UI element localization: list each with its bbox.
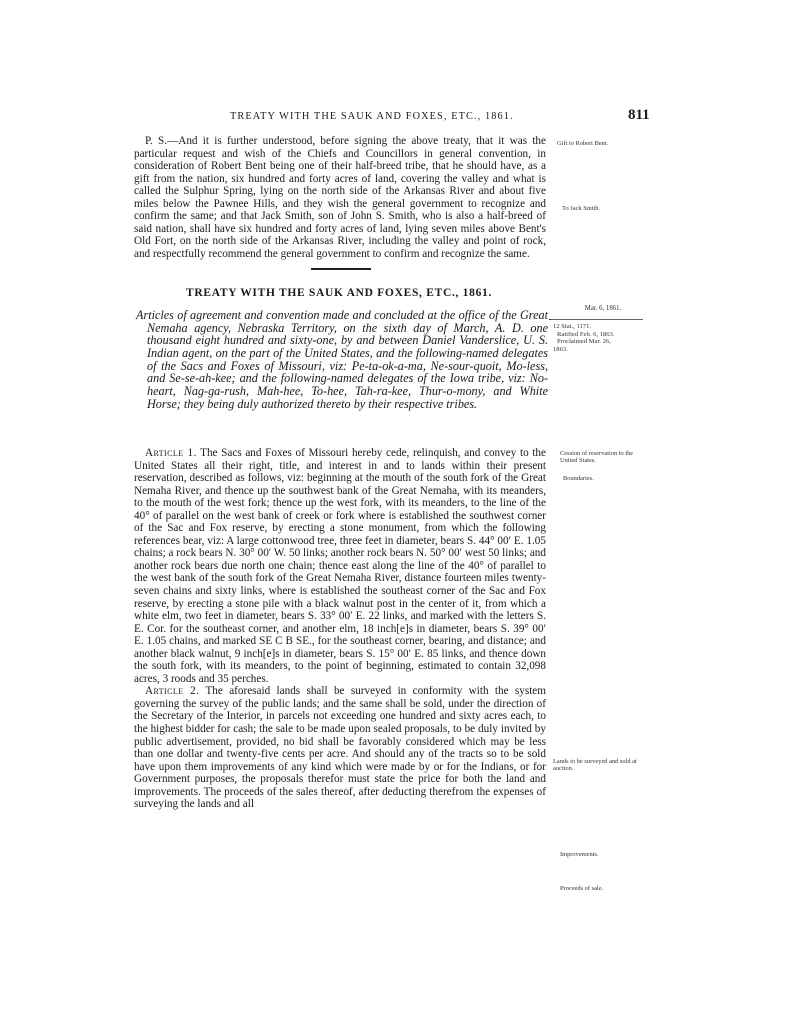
postscript-section: P. S.—And it is further understood, befo… <box>134 135 546 260</box>
article-1-label: Article 1. <box>145 447 197 459</box>
margin-note-cession: Cession of reservation to the United Sta… <box>560 450 642 465</box>
margin-date-rule <box>551 319 643 320</box>
margin-note-lands-surveyed: Lands to be surveyed and sold at auction… <box>553 758 643 773</box>
article-1-text: The Sacs and Foxes of Missouri hereby ce… <box>134 447 546 685</box>
articles-section: Article 1. The Sacs and Foxes of Missour… <box>134 447 546 811</box>
article-2: Article 2. The aforesaid lands shall be … <box>134 685 546 810</box>
citation-ratified: Ratified Feb. 6, 1863. <box>553 331 643 339</box>
article-1: Article 1. The Sacs and Foxes of Missour… <box>134 447 546 685</box>
article-2-text: The aforesaid lands shall be surveyed in… <box>134 685 546 810</box>
treaty-title: TREATY WITH THE SAUK AND FOXES, ETC., 18… <box>186 287 492 299</box>
preamble-text: Articles of agreement and convention mad… <box>136 309 548 410</box>
page-number: 811 <box>628 107 650 124</box>
margin-note-citation: 12 Stat., 1171. Ratified Feb. 6, 1863. P… <box>553 323 643 353</box>
section-divider <box>311 268 371 270</box>
running-head: TREATY WITH THE SAUK AND FOXES, ETC., 18… <box>230 111 514 122</box>
citation-statute: 12 Stat., 1171. <box>553 323 643 331</box>
citation-proclaimed: Proclaimed Mar. 26, <box>553 338 643 346</box>
margin-note-proceeds: Proceeds of sale. <box>560 885 648 892</box>
citation-proclaimed-year: 1863. <box>553 346 643 354</box>
margin-note-boundaries: Boundaries. <box>563 475 651 482</box>
document-page: TREATY WITH THE SAUK AND FOXES, ETC., 18… <box>0 0 791 1024</box>
article-2-label: Article 2. <box>145 685 199 697</box>
treaty-preamble: Articles of agreement and convention mad… <box>136 309 548 410</box>
margin-note-date: Mar. 6, 1861. <box>563 305 643 312</box>
postscript-paragraph: P. S.—And it is further understood, befo… <box>134 135 546 260</box>
margin-note-gift-robert-bent: Gift to Robert Bent. <box>557 140 645 147</box>
margin-note-improvements: Improvements. <box>560 851 648 858</box>
margin-note-jack-smith: To Jack Smith. <box>562 205 650 212</box>
